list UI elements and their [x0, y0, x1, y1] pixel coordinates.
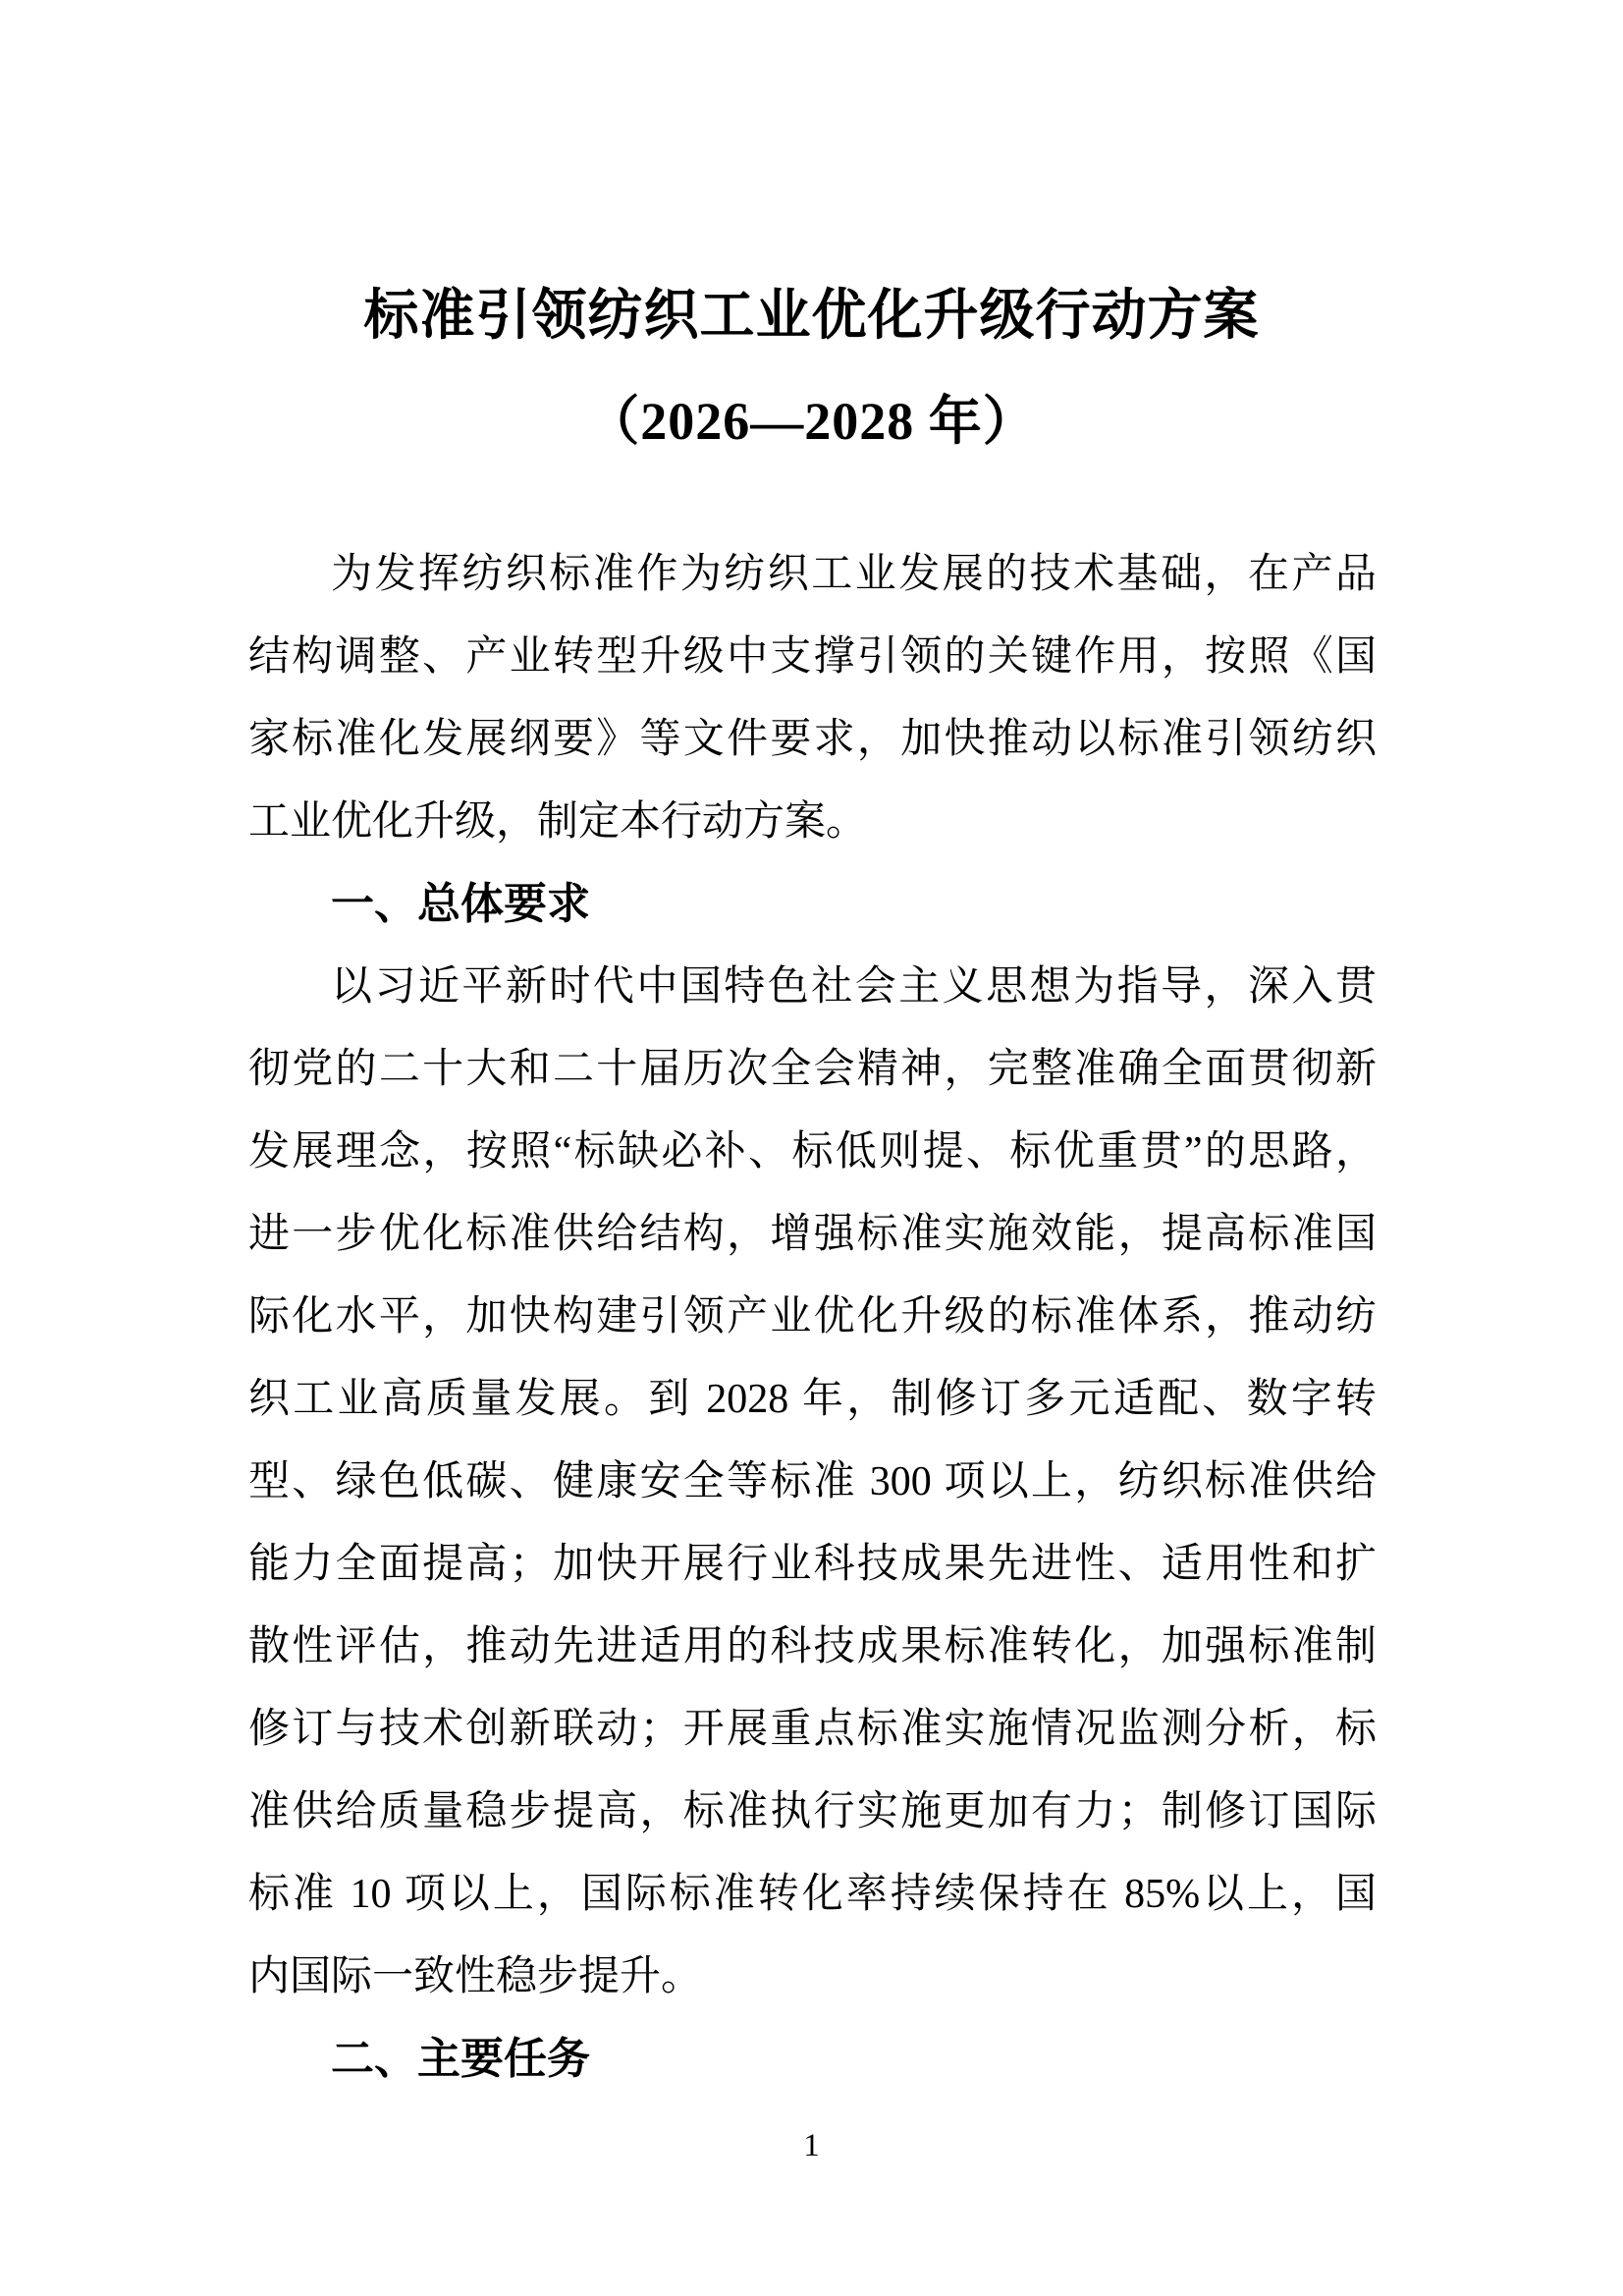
body-line: 准供给质量稳步提高，标准执行实施更加有力；制修订国际 — [248, 1771, 1377, 1853]
page-number: 1 — [0, 2121, 1623, 2170]
body-line: 家标准化发展纲要》等文件要求，加快推动以标准引领纺织 — [248, 698, 1377, 781]
body-line: 以习近平新时代中国特色社会主义思想为指导，深入贯 — [248, 946, 1377, 1028]
body-line: 结构调整、产业转型升级中支撑引领的关键作用，按照《国 — [248, 616, 1377, 698]
body-line: 发展理念，按照“标缺必补、标低则提、标优重贯”的思路， — [248, 1111, 1377, 1193]
body-line: 为发挥纺织标准作为纺织工业发展的技术基础，在产品 — [248, 533, 1377, 616]
document-page: 标准引领纺织工业优化升级行动方案 （2026—2028 年） 为发挥纺织标准作为… — [0, 0, 1623, 2296]
body-line: 进一步优化标准供给结构，增强标准实施效能，提高标准国 — [248, 1193, 1377, 1276]
body-line: 工业优化升级，制定本行动方案。 — [248, 781, 1377, 863]
body-line: 型、绿色低碳、健康安全等标准 300 项以上，纺织标准供给 — [248, 1441, 1377, 1523]
body-line: 散性评估，推动先进适用的科技成果标准转化，加强标准制 — [248, 1606, 1377, 1688]
document-title: 标准引领纺织工业优化升级行动方案 — [0, 276, 1623, 356]
document-body: 为发挥纺织标准作为纺织工业发展的技术基础，在产品 结构调整、产业转型升级中支撑引… — [248, 533, 1377, 2101]
body-line: 彻党的二十大和二十届历次全会精神，完整准确全面贯彻新 — [248, 1028, 1377, 1111]
section-heading-main-tasks: 二、主要任务 — [248, 2018, 1377, 2101]
body-line: 修订与技术创新联动；开展重点标准实施情况监测分析，标 — [248, 1688, 1377, 1771]
body-line: 能力全面提高；加快开展行业科技成果先进性、适用性和扩 — [248, 1523, 1377, 1606]
section-heading-overall-requirements: 一、总体要求 — [248, 863, 1377, 946]
body-line: 标准 10 项以上，国际标准转化率持续保持在 85%以上，国 — [248, 1853, 1377, 1936]
body-line: 织工业高质量发展。到 2028 年，制修订多元适配、数字转 — [248, 1358, 1377, 1441]
document-subtitle: （2026—2028 年） — [0, 381, 1623, 462]
body-line: 际化水平，加快构建引领产业优化升级的标准体系，推动纺 — [248, 1276, 1377, 1358]
body-line: 内国际一致性稳步提升。 — [248, 1936, 1377, 2018]
